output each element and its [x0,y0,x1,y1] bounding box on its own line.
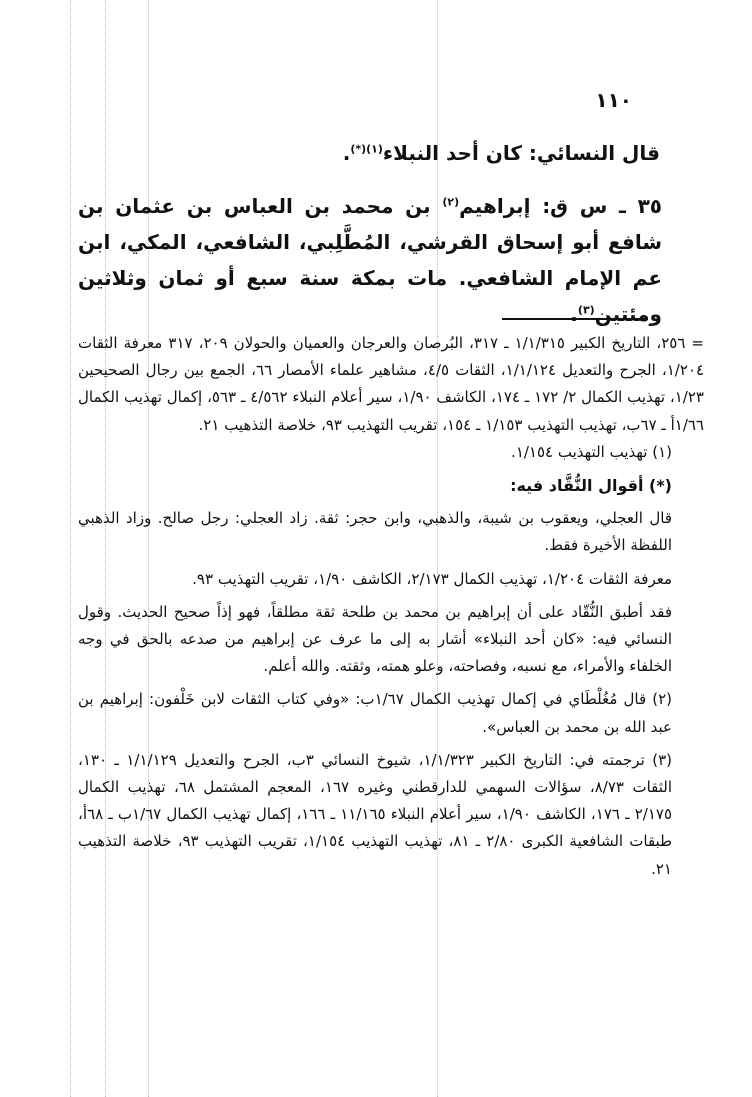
nasai-quote-text: قال النسائي: كان أحد النبلاء [383,141,660,165]
page-number: ١١٠ [595,88,632,112]
footnote-3: (٣) ترجمته في: التاريخ الكبير ١/١/٣٢٣، ش… [78,747,704,883]
critics-paragraph-2: فقد أطبق النُّقّاد على أن إبراهيم بن محم… [78,599,704,681]
footnote-separator [502,318,648,320]
footnotes-section: = ٢٥٦، التاريخ الكبير ١/١/٣١٥ ـ ٣١٧، الب… [78,330,704,883]
biography-entry: ٣٥ ـ س ق: إبراهيم(٢) بن محمد بن العباس ب… [78,188,704,332]
book-page: ١١٠ قال النسائي: كان أحد النبلاء(١)(*). … [78,0,704,1097]
footnote-marker: (٢) [442,195,459,208]
critics-references: معرفة الثقات ١/٢٠٤، تهذيب الكمال ٢/١٧٣، … [78,566,704,593]
footnote-continuation: = ٢٥٦، التاريخ الكبير ١/١/٣١٥ ـ ٣١٧، الب… [78,330,704,439]
entry-heading: ٣٥ ـ س ق: إبراهيم [459,194,662,218]
footnote-2: (٢) قال مُغُلْطَاي في إكمال تهذيب الكمال… [78,686,704,740]
critics-heading: (*) أقوال النُّقَّاد فيه: [78,472,704,499]
nasai-quote: قال النسائي: كان أحد النبلاء(١)(*). [34,135,660,171]
critics-paragraph-1: قال العجلي، ويعقوب بن شيبة، والذهبي، واب… [78,505,704,559]
footnote-marker: (١)(*) [350,142,383,155]
punctuation: . [570,302,578,326]
footnote-1: (١) تهذيب التهذيب ١/١٥٤. [78,439,704,466]
footnote-marker: (٣) [578,303,595,316]
